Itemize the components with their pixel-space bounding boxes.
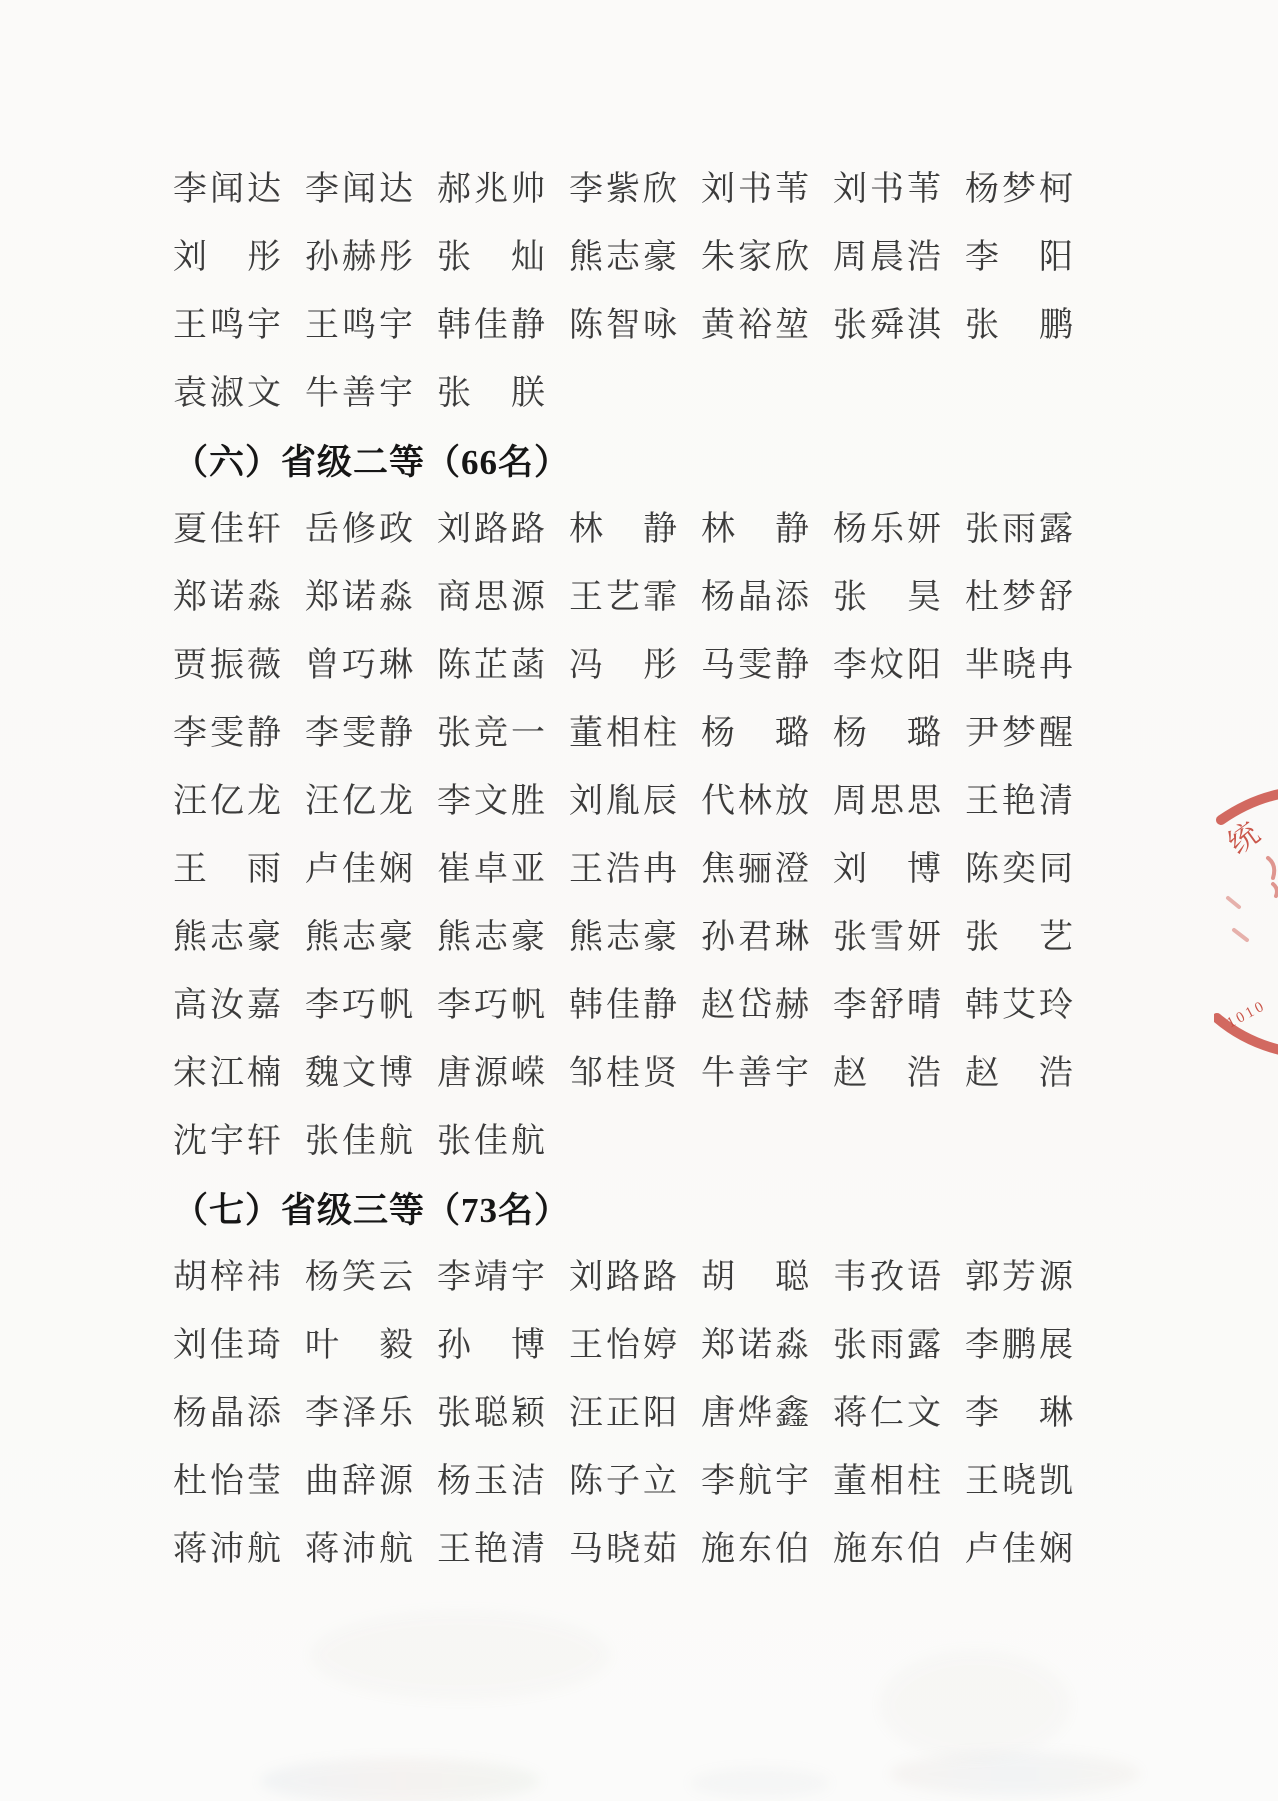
name-row: 李闻达李闻达郝兆帅李紫欣刘书苇刘书苇杨梦柯	[173, 156, 1133, 224]
name-cell: 刘书苇	[833, 173, 941, 207]
name-cell: 郑诺淼	[701, 1329, 809, 1363]
bleedthrough-smudge	[690, 1768, 830, 1798]
name-cell: 卢佳娴	[305, 853, 413, 887]
name-row: 高汝嘉李巧帆李巧帆韩佳静赵岱赫李舒晴韩艾玲	[173, 972, 1133, 1040]
name-cell: 杨玉洁	[437, 1465, 545, 1499]
name-cell: 李巧帆	[437, 989, 545, 1023]
name-row: 王鸣宇王鸣宇韩佳静陈智咏黄裕堃张舜淇张鹏	[173, 292, 1133, 360]
name-cell: 杨晶添	[701, 581, 809, 615]
name-cell: 施东伯	[701, 1533, 809, 1567]
name-cell: 焦骊澄	[701, 853, 809, 887]
name-cell: 宋江楠	[173, 1057, 281, 1091]
name-cell: 周思思	[833, 785, 941, 819]
name-cell: 刘书苇	[701, 173, 809, 207]
name-cell: 崔卓亚	[437, 853, 545, 887]
name-cell: 李泽乐	[305, 1397, 413, 1431]
name-cell: 马雯静	[701, 649, 809, 683]
name-cell: 贾振薇	[173, 649, 281, 683]
name-cell: 陈奕同	[965, 853, 1073, 887]
name-cell: 汪正阳	[569, 1397, 677, 1431]
name-cell: 张雨露	[965, 513, 1073, 547]
name-cell: 岳修政	[305, 513, 413, 547]
name-cell: 李炆阳	[833, 649, 941, 683]
name-cell: 韦孜语	[833, 1261, 941, 1295]
name-row: 熊志豪熊志豪熊志豪熊志豪孙君琳张雪妍张艺	[173, 904, 1133, 972]
name-cell: 杨笑云	[305, 1261, 413, 1295]
name-cell: 张朕	[437, 377, 545, 411]
name-cell: 杜怡莹	[173, 1465, 281, 1499]
name-cell: 沈宇轩	[173, 1125, 281, 1159]
name-cell: 李雯静	[173, 717, 281, 751]
name-cell: 张昊	[833, 581, 941, 615]
name-cell: 杨乐妍	[833, 513, 941, 547]
name-row: 郑诺淼郑诺淼商思源王艺霏杨晶添张昊杜梦舒	[173, 564, 1133, 632]
name-cell: 赵浩	[965, 1057, 1073, 1091]
name-cell: 刘佳琦	[173, 1329, 281, 1363]
name-cell: 施东伯	[833, 1533, 941, 1567]
name-cell: 王晓凯	[965, 1465, 1073, 1499]
name-row: 王雨卢佳娴崔卓亚王浩冉焦骊澄刘博陈奕同	[173, 836, 1133, 904]
name-cell: 汪亿龙	[305, 785, 413, 819]
name-cell: 李闻达	[305, 173, 413, 207]
name-cell: 袁淑文	[173, 377, 281, 411]
document-page: 李闻达李闻达郝兆帅李紫欣刘书苇刘书苇杨梦柯刘彤孙赫彤张灿熊志豪朱家欣周晨浩李阳王…	[0, 0, 1278, 1801]
name-cell: 韩艾玲	[965, 989, 1073, 1023]
name-cell: 李文胜	[437, 785, 545, 819]
name-cell: 刘博	[833, 853, 941, 887]
bleedthrough-smudge	[260, 1758, 540, 1801]
name-cell: 黄裕堃	[701, 309, 809, 343]
name-cell: 熊志豪	[437, 921, 545, 955]
name-cell: 熊志豪	[569, 921, 677, 955]
name-cell: 刘路路	[569, 1261, 677, 1295]
name-cell: 王艺霏	[569, 581, 677, 615]
name-cell: 李鹏展	[965, 1329, 1073, 1363]
name-row: 贾振薇曾巧琳陈芷菡冯彤马雯静李炆阳芈晓冉	[173, 632, 1133, 700]
name-cell: 王鸣宇	[305, 309, 413, 343]
name-row: 胡梓祎杨笑云李靖宇刘路路胡聪韦孜语郭芳源	[173, 1244, 1133, 1312]
name-cell: 牛善宇	[305, 377, 413, 411]
name-cell: 孙赫彤	[305, 241, 413, 275]
section-row: （六）省级二等（66名）	[173, 428, 1133, 496]
name-cell: 郝兆帅	[437, 173, 545, 207]
name-cell: 芈晓冉	[965, 649, 1073, 683]
name-cell: 代林放	[701, 785, 809, 819]
name-cell: 朱家欣	[701, 241, 809, 275]
name-cell: 王雨	[173, 853, 281, 887]
name-cell: 张灿	[437, 241, 545, 275]
name-cell: 魏文博	[305, 1057, 413, 1091]
name-cell: 尹梦醒	[965, 717, 1073, 751]
name-cell: 王浩冉	[569, 853, 677, 887]
name-cell: 林静	[701, 513, 809, 547]
name-cell: 熊志豪	[569, 241, 677, 275]
name-cell: 李雯静	[305, 717, 413, 751]
name-cell: 刘胤辰	[569, 785, 677, 819]
name-cell: 王艳清	[965, 785, 1073, 819]
name-cell: 孙博	[437, 1329, 545, 1363]
name-cell: 商思源	[437, 581, 545, 615]
name-cell: 张佳航	[437, 1125, 545, 1159]
name-row: 汪亿龙汪亿龙李文胜刘胤辰代林放周思思王艳清	[173, 768, 1133, 836]
stamp-top-arc	[1221, 794, 1278, 820]
name-cell: 周晨浩	[833, 241, 941, 275]
stamp-partial-glyph	[1268, 858, 1277, 896]
name-cell: 刘路路	[437, 513, 545, 547]
name-list: 李闻达李闻达郝兆帅李紫欣刘书苇刘书苇杨梦柯刘彤孙赫彤张灿熊志豪朱家欣周晨浩李阳王…	[173, 156, 1133, 1584]
name-cell: 邹桂贤	[569, 1057, 677, 1091]
name-cell: 叶毅	[305, 1329, 413, 1363]
name-cell: 唐烨鑫	[701, 1397, 809, 1431]
name-cell: 李舒晴	[833, 989, 941, 1023]
name-cell: 李靖宇	[437, 1261, 545, 1295]
official-stamp: 统 1010	[1214, 782, 1278, 1062]
name-cell: 李闻达	[173, 173, 281, 207]
name-cell: 张佳航	[305, 1125, 413, 1159]
name-row: 杜怡莹曲辞源杨玉洁陈子立李航宇董相柱王晓凯	[173, 1448, 1133, 1516]
name-row: 袁淑文牛善宇张朕	[173, 360, 1133, 428]
section-heading: （六）省级二等（66名）	[173, 445, 570, 480]
name-cell: 杨璐	[701, 717, 809, 751]
name-cell: 冯彤	[569, 649, 677, 683]
name-row: 夏佳轩岳修政刘路路林静林静杨乐妍张雨露	[173, 496, 1133, 564]
name-cell: 蒋沛航	[305, 1533, 413, 1567]
name-cell: 夏佳轩	[173, 513, 281, 547]
name-cell: 郭芳源	[965, 1261, 1073, 1295]
name-row: 李雯静李雯静张竞一董相柱杨璐杨璐尹梦醒	[173, 700, 1133, 768]
name-cell: 牛善宇	[701, 1057, 809, 1091]
name-cell: 董相柱	[569, 717, 677, 751]
name-row: 刘佳琦叶毅孙博王怡婷郑诺淼张雨露李鹏展	[173, 1312, 1133, 1380]
name-cell: 陈智咏	[569, 309, 677, 343]
name-cell: 杜梦舒	[965, 581, 1073, 615]
name-row: 刘彤孙赫彤张灿熊志豪朱家欣周晨浩李阳	[173, 224, 1133, 292]
stamp-character: 统	[1222, 817, 1266, 861]
name-cell: 蒋仁文	[833, 1397, 941, 1431]
name-row: 沈宇轩张佳航张佳航	[173, 1108, 1133, 1176]
section-heading: （七）省级三等（73名）	[173, 1193, 570, 1228]
name-cell: 李巧帆	[305, 989, 413, 1023]
name-cell: 李航宇	[701, 1465, 809, 1499]
name-cell: 高汝嘉	[173, 989, 281, 1023]
name-cell: 陈子立	[569, 1465, 677, 1499]
name-cell: 王怡婷	[569, 1329, 677, 1363]
bleedthrough-smudge	[890, 1752, 1140, 1796]
name-cell: 胡梓祎	[173, 1261, 281, 1295]
name-cell: 张舜淇	[833, 309, 941, 343]
name-cell: 蒋沛航	[173, 1533, 281, 1567]
name-cell: 张雪妍	[833, 921, 941, 955]
name-row: 蒋沛航蒋沛航王艳清马晓茹施东伯施东伯卢佳娴	[173, 1516, 1133, 1584]
name-cell: 李琳	[965, 1397, 1073, 1431]
name-cell: 董相柱	[833, 1465, 941, 1499]
name-row: 宋江楠魏文博唐源嵘邹桂贤牛善宇赵浩赵浩	[173, 1040, 1133, 1108]
name-cell: 唐源嵘	[437, 1057, 545, 1091]
name-cell: 刘彤	[173, 241, 281, 275]
name-cell: 韩佳静	[569, 989, 677, 1023]
name-cell: 张艺	[965, 921, 1073, 955]
name-cell: 杨晶添	[173, 1397, 281, 1431]
name-cell: 杨梦柯	[965, 173, 1073, 207]
name-cell: 汪亿龙	[173, 785, 281, 819]
name-cell: 韩佳静	[437, 309, 545, 343]
name-cell: 孙君琳	[701, 921, 809, 955]
name-cell: 李紫欣	[569, 173, 677, 207]
name-cell: 赵浩	[833, 1057, 941, 1091]
name-cell: 王艳清	[437, 1533, 545, 1567]
name-cell: 卢佳娴	[965, 1533, 1073, 1567]
name-cell: 王鸣宇	[173, 309, 281, 343]
name-cell: 张鹏	[965, 309, 1073, 343]
name-cell: 林静	[569, 513, 677, 547]
name-row: 杨晶添李泽乐张聪颖汪正阳唐烨鑫蒋仁文李琳	[173, 1380, 1133, 1448]
name-cell: 李阳	[965, 241, 1073, 275]
section-row: （七）省级三等（73名）	[173, 1176, 1133, 1244]
name-cell: 杨璐	[833, 717, 941, 751]
name-cell: 熊志豪	[173, 921, 281, 955]
name-cell: 曾巧琳	[305, 649, 413, 683]
name-cell: 郑诺淼	[305, 581, 413, 615]
name-cell: 熊志豪	[305, 921, 413, 955]
stamp-faded-rim-mark	[1228, 898, 1247, 940]
name-cell: 赵岱赫	[701, 989, 809, 1023]
name-cell: 陈芷菡	[437, 649, 545, 683]
name-cell: 郑诺淼	[173, 581, 281, 615]
bleedthrough-smudge	[310, 1610, 610, 1700]
name-cell: 张聪颖	[437, 1397, 545, 1431]
bleedthrough-smudge	[880, 1650, 1070, 1760]
name-cell: 张雨露	[833, 1329, 941, 1363]
name-cell: 张竞一	[437, 717, 545, 751]
name-cell: 曲辞源	[305, 1465, 413, 1499]
name-cell: 胡聪	[701, 1261, 809, 1295]
name-cell: 马晓茹	[569, 1533, 677, 1567]
